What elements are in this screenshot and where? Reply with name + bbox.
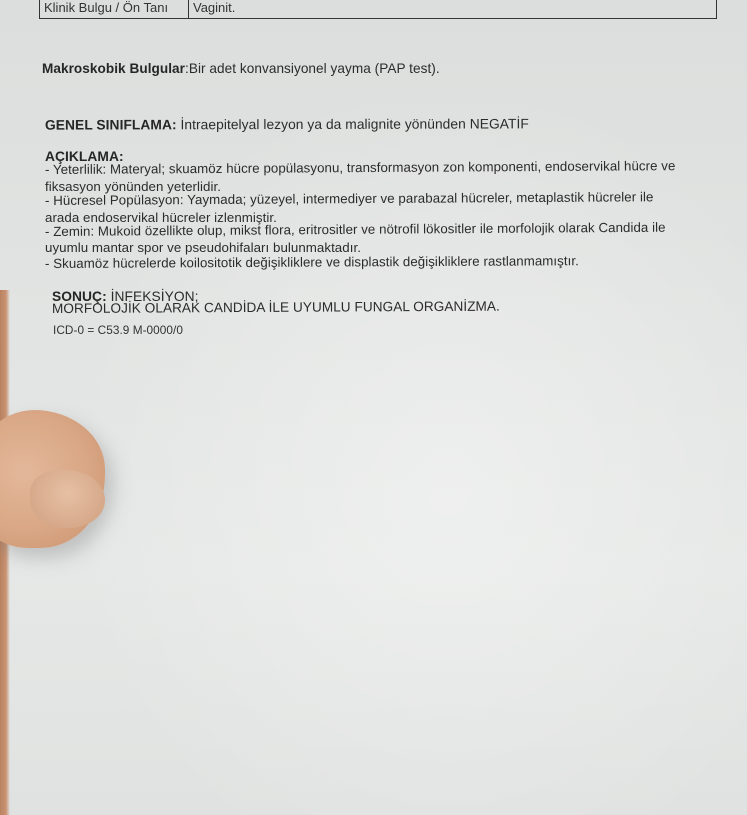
macroscopic-findings: Makroskobik Bulgular:Bir adet konvansiyo…	[42, 61, 440, 76]
macroscopic-findings-label: Makroskobik Bulgular	[42, 61, 185, 76]
explanation-line: - Yeterlilik: Materyal; skuamöz hücre po…	[45, 158, 676, 177]
general-classification: GENEL SINIFLAMA: İntraepitelyal lezyon y…	[45, 116, 529, 132]
macroscopic-findings-text: :Bir adet konvansiyonel yayma (PAP test)…	[185, 61, 440, 76]
icd-code: ICD-0 = C53.9 M-0000/0	[53, 323, 183, 337]
clinical-info-table-row: Klinik Bulgu / Ön Tanı Vaginit.	[39, 0, 717, 19]
clinical-finding-label: Klinik Bulgu / Ön Tanı	[40, 0, 189, 18]
explanation-line: - Zemin: Mukoid özellikte olup, mikst fl…	[45, 220, 666, 239]
general-classification-text: İntraepitelyal lezyon ya da malignite yö…	[177, 116, 529, 132]
general-classification-label: GENEL SINIFLAMA:	[45, 117, 177, 132]
thumb-tip	[30, 470, 105, 528]
explanation-line: uyumlu mantar spor ve pseudohifaları bul…	[45, 240, 361, 255]
explanation-line: - Hücresel Popülasyon: Yaymada; yüzeyel,…	[45, 189, 653, 208]
explanation-line: - Skuamöz hücrelerde koilositotik değişi…	[45, 253, 579, 271]
clinical-finding-value: Vaginit.	[189, 0, 235, 18]
hand-edge	[0, 290, 10, 815]
result-detail: MORFOLOJİK OLARAK CANDİDA İLE UYUMLU FUN…	[52, 299, 500, 316]
